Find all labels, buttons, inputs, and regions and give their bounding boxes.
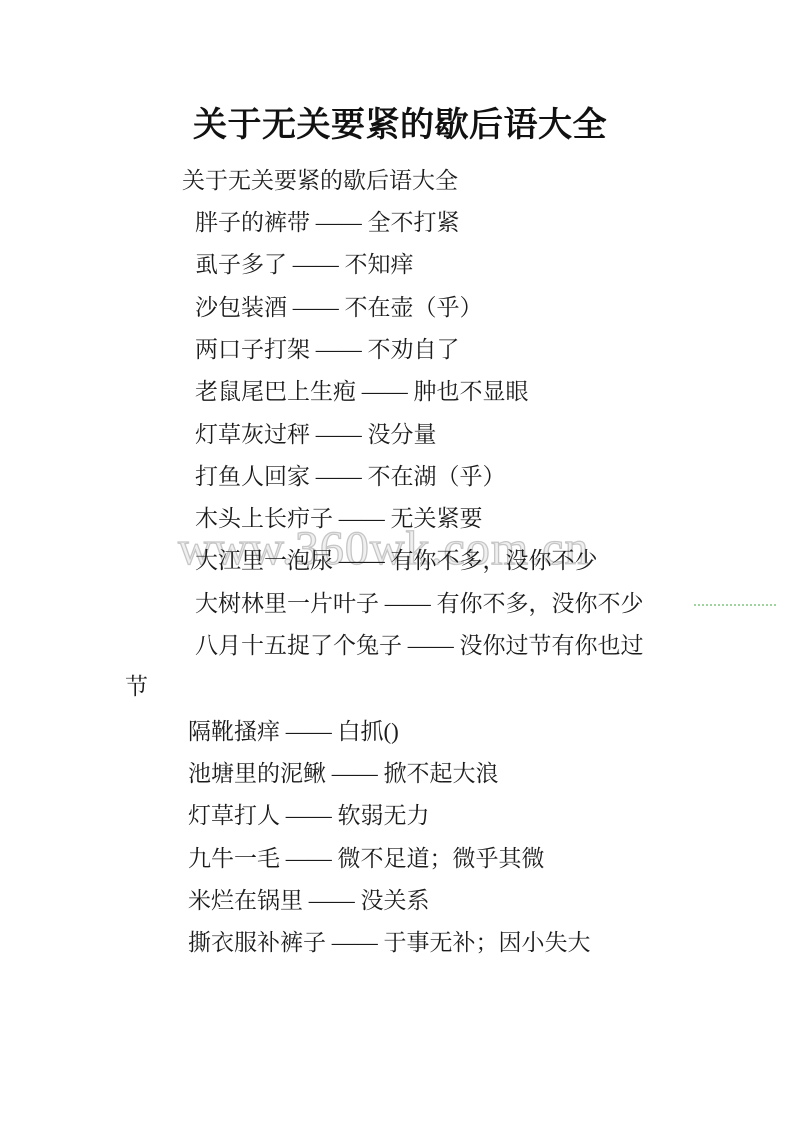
text-line: 八月十五捉了个兔子 —— 没你过节有你也过 [195, 633, 644, 659]
text-line: 撕衣服补裤子 —— 于事无补；因小失大 [188, 930, 591, 956]
intro-line: 关于无关要紧的歇后语大全 [182, 168, 458, 194]
text-line: 沙包装酒 —— 不在壶（乎） [195, 295, 483, 321]
wrapped-line: 节 [125, 674, 148, 700]
document-page: 关于无关要紧的歇后语大全 www.360wk.com.cn 关于无关要紧的歇后语… [0, 0, 800, 1132]
text-line: 池塘里的泥鳅 —— 掀不起大浪 [188, 761, 499, 787]
text-line: 大江里一泡尿 —— 有你不多，没你不少 [195, 548, 598, 574]
text-line: 虱子多了 —— 不知痒 [195, 252, 414, 278]
text-line: 隔靴搔痒 —— 白抓() [188, 719, 399, 745]
text-line: 灯草灰过秤 —— 没分量 [195, 422, 437, 448]
text-line: 九牛一毛 —— 微不足道；微乎其微 [188, 846, 545, 872]
text-line: 打鱼人回家 —— 不在湖（乎） [195, 464, 506, 490]
page-title: 关于无关要紧的歇后语大全 [0, 97, 800, 146]
text-line: 灯草打人 —— 软弱无力 [188, 803, 430, 829]
text-line: 大树林里一片叶子 —— 有你不多，没你不少 [195, 591, 644, 617]
text-line: 两口子打架 —— 不劝自了 [195, 337, 460, 363]
spellcheck-dotted-line [694, 604, 776, 606]
text-line: 木头上长疖子 —— 无关紧要 [195, 506, 483, 532]
text-line: 老鼠尾巴上生疱 —— 肿也不显眼 [195, 379, 529, 405]
text-line: 米烂在锅里 —— 没关系 [188, 888, 430, 914]
text-line: 胖子的裤带 —— 全不打紧 [195, 210, 460, 236]
